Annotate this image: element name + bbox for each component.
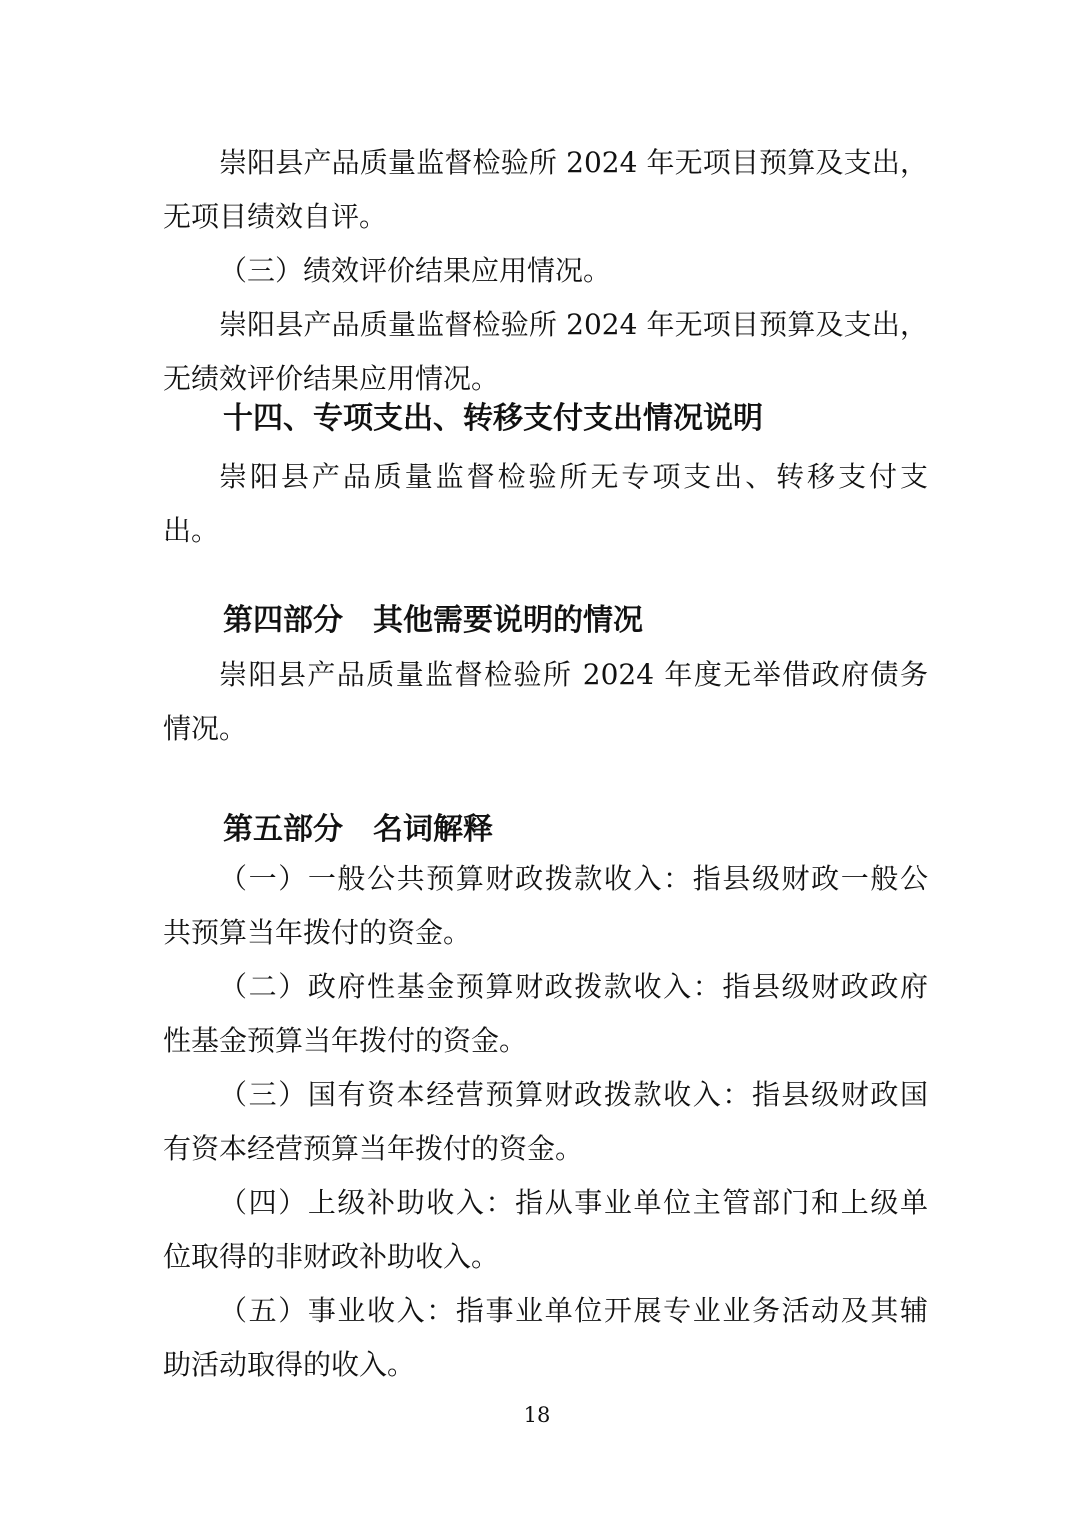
text-line: 崇阳县产品质量监督检验所 2024 年无项目预算及支出， xyxy=(163,136,928,190)
footer-page-number: 18 xyxy=(0,1402,1074,1428)
paragraph: 崇阳县产品质量监督检验所 2024 年无项目预算及支出，无绩效评价结果应用情况。 xyxy=(163,298,928,406)
text-line: 第四部分 其他需要说明的情况 xyxy=(163,594,928,648)
text-line: 助活动取得的收入。 xyxy=(163,1338,928,1392)
text-line: （三）绩效评价结果应用情况。 xyxy=(163,244,928,298)
text-line: （四）上级补助收入：指从事业单位主管部门和上级单 xyxy=(163,1176,928,1230)
text-line: 有资本经营预算当年拨付的资金。 xyxy=(163,1122,928,1176)
paragraph: 崇阳县产品质量监督检验所 2024 年无项目预算及支出，无项目绩效自评。 xyxy=(163,136,928,244)
text-line: 共预算当年拨付的资金。 xyxy=(163,906,928,960)
text-line: 情况。 xyxy=(163,702,928,756)
text-line: 位取得的非财政补助收入。 xyxy=(163,1230,928,1284)
text-line: 崇阳县产品质量监督检验所 2024 年无项目预算及支出， xyxy=(163,298,928,352)
text-line: 性基金预算当年拨付的资金。 xyxy=(163,1014,928,1068)
section-heading: 十四、专项支出、转移支付支出情况说明 xyxy=(163,392,928,446)
text-line: 十四、专项支出、转移支付支出情况说明 xyxy=(163,392,928,446)
text-line: （二）政府性基金预算财政拨款收入：指县级财政政府 xyxy=(163,960,928,1014)
text-line: 崇阳县产品质量监督检验所 2024 年度无举借政府债务 xyxy=(163,648,928,702)
paragraph: （四）上级补助收入：指从事业单位主管部门和上级单位取得的非财政补助收入。 xyxy=(163,1176,928,1284)
text-line: （一）一般公共预算财政拨款收入：指县级财政一般公 xyxy=(163,852,928,906)
text-line: （三）国有资本经营预算财政拨款收入：指县级财政国 xyxy=(163,1068,928,1122)
paragraph: （一）一般公共预算财政拨款收入：指县级财政一般公共预算当年拨付的资金。 xyxy=(163,852,928,960)
section-heading: 第四部分 其他需要说明的情况 xyxy=(163,594,928,648)
paragraph: （二）政府性基金预算财政拨款收入：指县级财政政府性基金预算当年拨付的资金。 xyxy=(163,960,928,1068)
paragraph: （三）绩效评价结果应用情况。 xyxy=(163,244,928,298)
text-line: 无项目绩效自评。 xyxy=(163,190,928,244)
text-line: 第五部分 名词解释 xyxy=(163,808,928,852)
page-content: 崇阳县产品质量监督检验所 2024 年无项目预算及支出，无项目绩效自评。（三）绩… xyxy=(163,136,928,1392)
paragraph: （五）事业收入：指事业单位开展专业业务活动及其辅助活动取得的收入。 xyxy=(163,1284,928,1392)
section-heading: 第五部分 名词解释 xyxy=(163,808,928,852)
paragraph: （三）国有资本经营预算财政拨款收入：指县级财政国有资本经营预算当年拨付的资金。 xyxy=(163,1068,928,1176)
text-line: 出。 xyxy=(163,504,928,558)
paragraph: 崇阳县产品质量监督检验所 2024 年度无举借政府债务情况。 xyxy=(163,648,928,756)
paragraph: 崇阳县产品质量监督检验所无专项支出、转移支付支出。 xyxy=(163,450,928,558)
text-line: （五）事业收入：指事业单位开展专业业务活动及其辅 xyxy=(163,1284,928,1338)
document-page: 崇阳县产品质量监督检验所 2024 年无项目预算及支出，无项目绩效自评。（三）绩… xyxy=(0,0,1074,1520)
text-line: 崇阳县产品质量监督检验所无专项支出、转移支付支 xyxy=(163,450,928,504)
